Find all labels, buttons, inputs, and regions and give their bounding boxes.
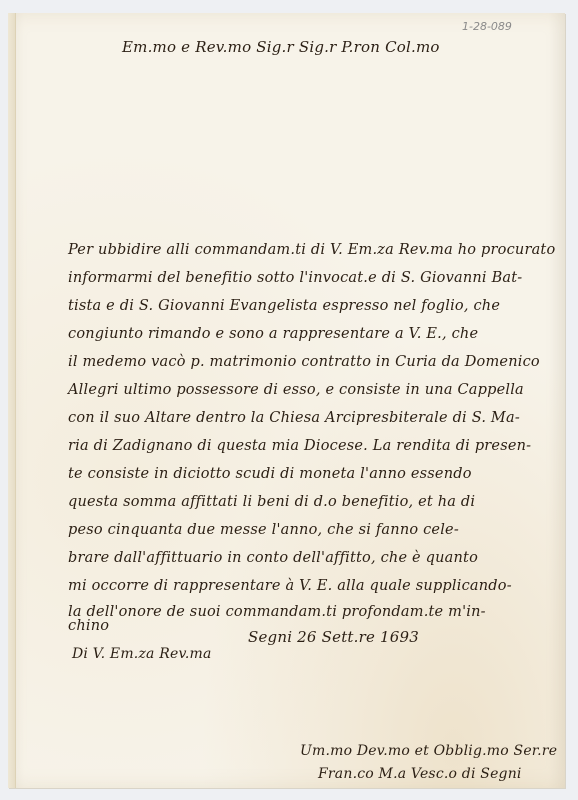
manuscript-page	[8, 13, 565, 788]
closing-line: Di V. Em.za Rev.ma	[72, 646, 212, 662]
signature-line: Fran.co M.a Vesc.o di Segni	[318, 766, 522, 782]
body-line: congiunto rimando e sono a rappresentare…	[68, 326, 478, 342]
body-line: questa somma affittati li beni di d.o be…	[68, 494, 475, 510]
body-line: Per ubbidire alli commandam.ti di V. Em.…	[68, 242, 555, 258]
body-line: chino	[68, 618, 109, 634]
body-line: mi occorre di rappresentare à V. E. alla…	[68, 578, 512, 594]
body-line: peso cinquanta due messe l'anno, che si …	[68, 522, 459, 538]
paper-fold-edge	[8, 13, 16, 788]
signature-line: Um.mo Dev.mo et Obblig.mo Ser.re	[300, 743, 557, 759]
archive-id: 1-28-089	[462, 20, 512, 33]
body-line: il medemo vacò p. matrimonio contratto i…	[68, 354, 540, 370]
body-line: te consiste in diciotto scudi di moneta …	[68, 466, 472, 482]
body-line: ria di Zadignano di questa mia Diocese. …	[68, 438, 531, 454]
body-line: con il suo Altare dentro la Chiesa Arcip…	[68, 410, 520, 426]
body-line: tista e di S. Giovanni Evangelista espre…	[68, 298, 500, 314]
body-line: Allegri ultimo possessore di esso, e con…	[68, 382, 524, 398]
body-line: la dell'onore de suoi commandam.ti profo…	[68, 604, 486, 620]
body-line: informarmi del benefitio sotto l'invocat…	[68, 270, 522, 286]
body-line: brare dall'affittuario in conto dell'aff…	[68, 550, 478, 566]
salutation: Em.mo e Rev.mo Sig.r Sig.r P.ron Col.mo	[122, 38, 440, 56]
date-line: Segni 26 Sett.re 1693	[248, 628, 419, 646]
